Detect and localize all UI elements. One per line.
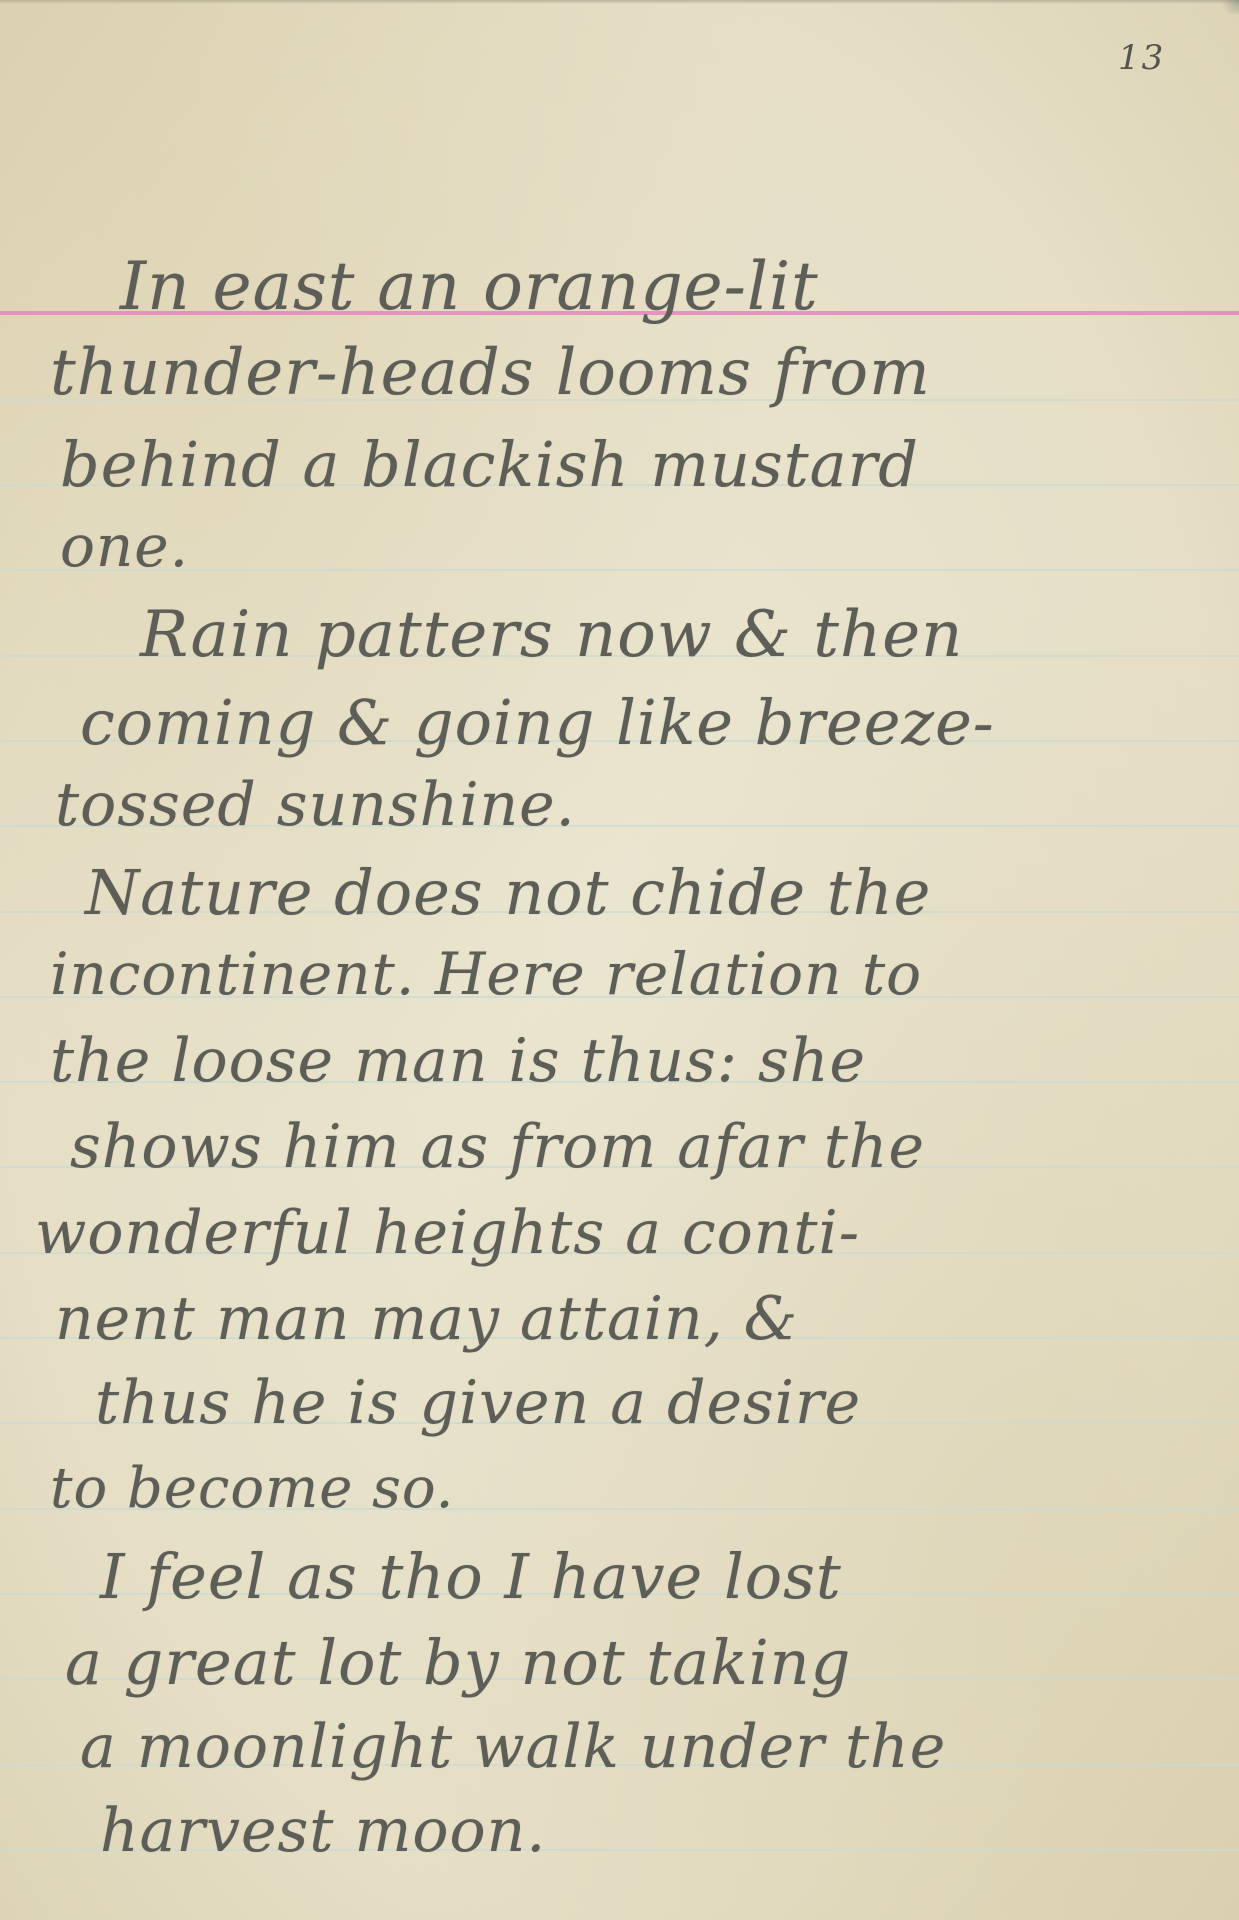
text-line: a moonlight walk under the	[80, 1712, 946, 1782]
text-line: Nature does not chide the	[85, 856, 931, 929]
text-line: the loose man is thus: she	[50, 1026, 866, 1096]
text-line: wonderful heights a conti-	[35, 1198, 860, 1268]
text-line: a great lot by not taking	[65, 1626, 851, 1699]
text-line: Rain patters now & then	[140, 598, 963, 672]
text-line: In east an orange-lit	[120, 248, 819, 325]
handwritten-text: In east an orange-lit thunder-heads loom…	[0, 0, 1239, 1920]
text-line: nent man may attain, &	[55, 1284, 798, 1354]
text-line: harvest moon.	[100, 1796, 546, 1866]
text-line: I feel as tho I have lost	[100, 1540, 842, 1613]
text-line: shows him as from afar the	[70, 1112, 925, 1182]
text-line: thunder-heads looms from	[50, 336, 931, 410]
text-line: one.	[60, 512, 189, 580]
text-line: to become so.	[50, 1456, 454, 1521]
text-line: behind a blackish mustard	[60, 428, 919, 501]
text-line: tossed sunshine.	[55, 770, 576, 840]
notebook-page: 13 In east an orange-lit thunder-heads l…	[0, 0, 1239, 1920]
text-line: thus he is given a desire	[95, 1368, 861, 1438]
text-line: coming & going like breeze-	[80, 686, 995, 759]
text-line: incontinent. Here relation to	[50, 940, 922, 1008]
